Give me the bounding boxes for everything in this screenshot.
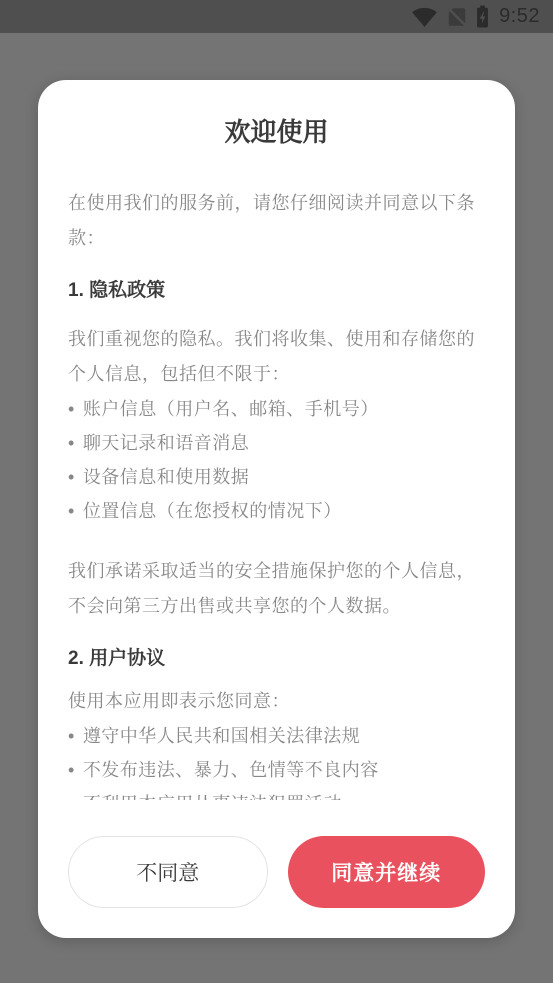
list-item-text: 设备信息和使用数据 <box>83 460 250 494</box>
section-privacy-policy: 1. 隐私政策 我们重视您的隐私。我们将收集、使用和存储您的个人信息，包括但不限… <box>68 278 485 624</box>
dialog-title: 欢迎使用 <box>68 113 485 151</box>
bullet-icon: • <box>68 392 75 426</box>
list-item: • 不发布违法、暴力、色情等不良内容 <box>68 753 485 787</box>
list-item: • 位置信息（在您授权的情况下） <box>68 494 485 528</box>
no-sim-icon <box>446 6 468 28</box>
bullet-icon: • <box>68 719 75 753</box>
consent-dialog: 欢迎使用 在使用我们的服务前，请您仔细阅读并同意以下条款： 1. 隐私政策 我们… <box>38 80 515 938</box>
dialog-button-row: 不同意 同意并继续 <box>68 836 485 908</box>
list-item-text: 不发布违法、暴力、色情等不良内容 <box>83 753 379 787</box>
section-footer: 我们承诺采取适当的安全措施保护您的个人信息，不会向第三方出售或共享您的个人数据。 <box>68 554 485 624</box>
bullet-icon: • <box>68 460 75 494</box>
list-item: • 遵守中华人民共和国相关法律法规 <box>68 719 485 753</box>
wifi-icon <box>411 6 438 28</box>
agree-continue-button[interactable]: 同意并继续 <box>288 836 486 908</box>
bullet-icon: • <box>68 426 75 460</box>
bullet-icon: • <box>68 753 75 787</box>
list-item-text: 账户信息（用户名、邮箱、手机号） <box>83 392 379 426</box>
list-item: • 不利用本应用从事违法犯罪活动 <box>68 787 485 800</box>
list-item: • 设备信息和使用数据 <box>68 460 485 494</box>
list-item-text: 位置信息（在您授权的情况下） <box>83 494 342 528</box>
disagree-button[interactable]: 不同意 <box>68 836 268 908</box>
section-heading: 1. 隐私政策 <box>68 278 485 304</box>
bullet-list: • 遵守中华人民共和国相关法律法规 • 不发布违法、暴力、色情等不良内容 • 不… <box>68 719 485 800</box>
bullet-icon: • <box>68 494 75 528</box>
terms-scroll-area[interactable]: 在使用我们的服务前，请您仔细阅读并同意以下条款： 1. 隐私政策 我们重视您的隐… <box>68 186 485 800</box>
bullet-list: • 账户信息（用户名、邮箱、手机号） • 聊天记录和语音消息 • 设备信息和使用… <box>68 392 485 528</box>
section-user-agreement: 2. 用户协议 使用本应用即表示您同意： • 遵守中华人民共和国相关法律法规 •… <box>68 646 485 800</box>
list-item-text: 聊天记录和语音消息 <box>83 426 250 460</box>
section-body: 我们重视您的隐私。我们将收集、使用和存储您的个人信息，包括但不限于： <box>68 322 485 392</box>
list-item-text: 不利用本应用从事违法犯罪活动 <box>83 787 342 800</box>
intro-paragraph: 在使用我们的服务前，请您仔细阅读并同意以下条款： <box>68 186 485 256</box>
list-item: • 账户信息（用户名、邮箱、手机号） <box>68 392 485 426</box>
bullet-icon: • <box>68 787 75 800</box>
list-item: • 聊天记录和语音消息 <box>68 426 485 460</box>
status-bar: 9:52 <box>0 0 553 33</box>
section-body: 使用本应用即表示您同意： <box>68 684 485 719</box>
status-time: 9:52 <box>499 0 540 33</box>
battery-charging-icon <box>476 5 489 28</box>
list-item-text: 遵守中华人民共和国相关法律法规 <box>83 719 361 753</box>
section-heading: 2. 用户协议 <box>68 646 485 672</box>
